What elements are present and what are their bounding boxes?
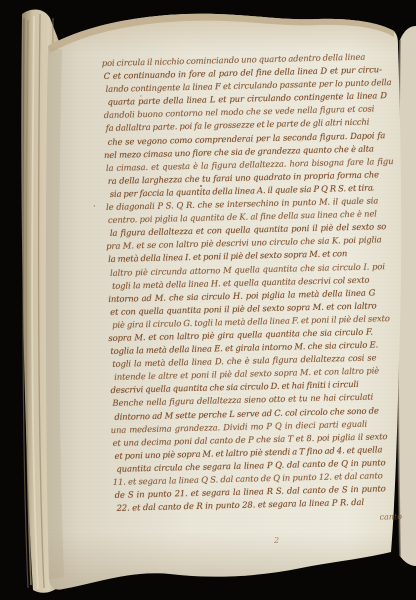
margin-mark: · [93, 202, 96, 212]
manuscript-photo: poi circula il nicchio cominciando uno q… [0, 0, 416, 600]
signature-mark: 2 [274, 536, 279, 545]
manuscript-text-block: poi circula il nicchio cominciando uno q… [104, 50, 415, 515]
catchword: canto [330, 512, 402, 523]
